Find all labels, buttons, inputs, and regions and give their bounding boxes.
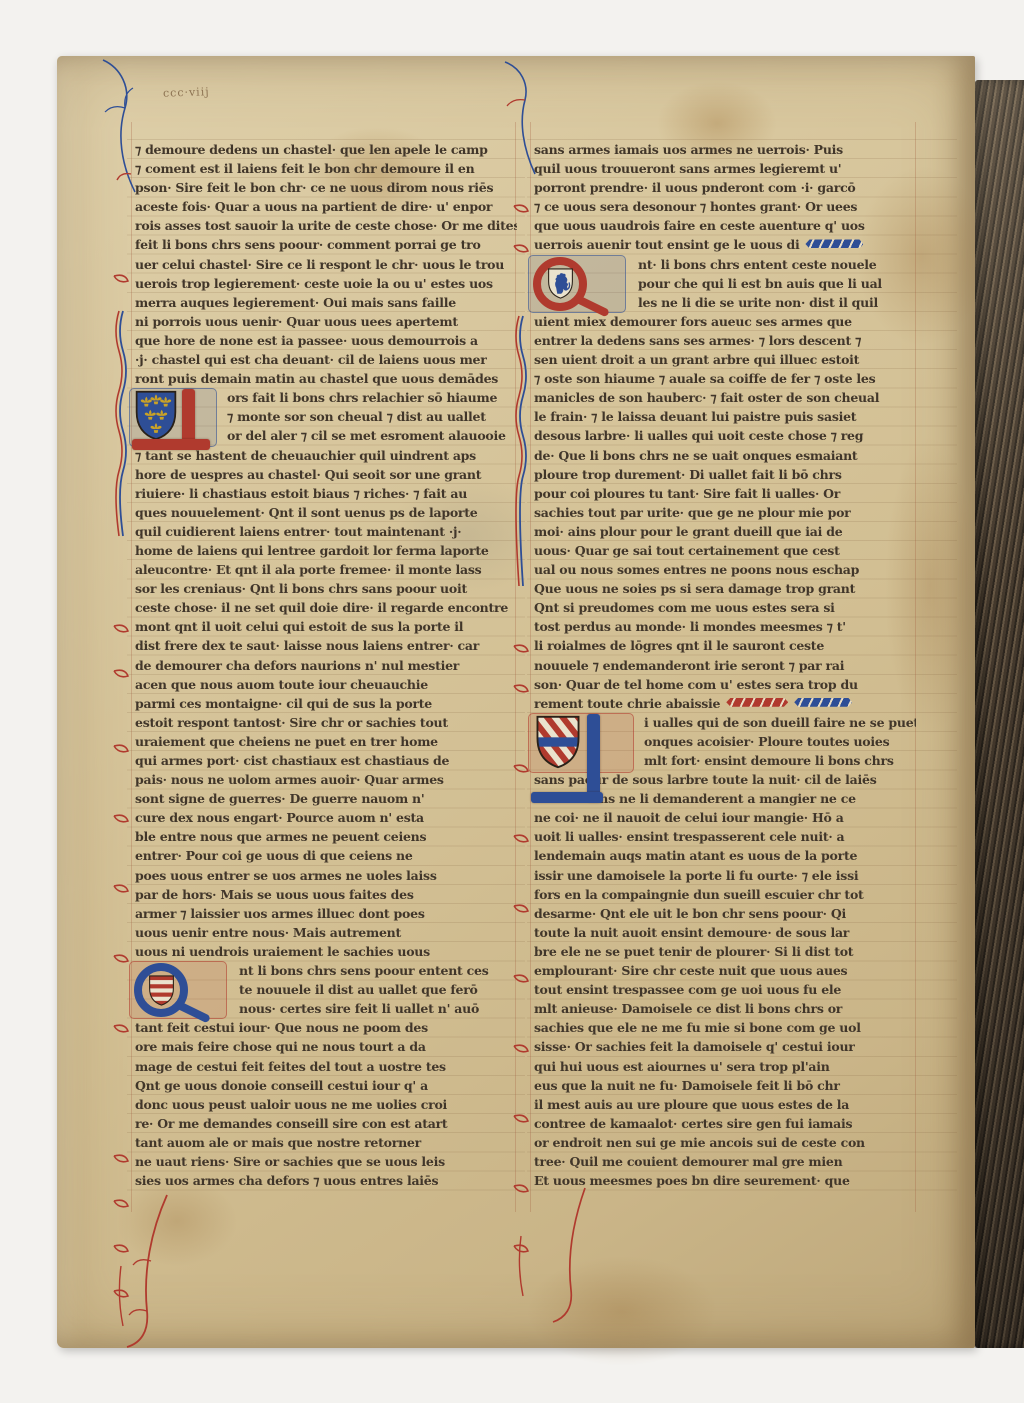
text-line: toute la nuit auoit ensint demoure· de s… xyxy=(534,923,916,942)
text-line: rois asses tost sauoir la urite de ceste… xyxy=(135,216,517,235)
text-line: dist frere dex te saut· laisse nous laie… xyxy=(135,636,517,655)
text-line: pour che qui li est bn auis que li ual xyxy=(638,274,916,293)
text-line: le frain· ⁊ le laissa deuant lui paistre… xyxy=(534,407,916,426)
heraldic-shield-bendy-icon xyxy=(534,714,582,770)
text-column-right: sans armes iamais uos armes ne uerrois· … xyxy=(534,140,916,1190)
text-line: parmi ces montaigne· cil qui de sus la p… xyxy=(135,694,517,713)
text-line: uoit li ualles· ensint trespasserent cel… xyxy=(534,827,916,846)
text-line: qui hui uous est aiournes u' sera trop p… xyxy=(534,1057,916,1076)
text-line: li roialmes de lōgres qnt il le sauront … xyxy=(534,636,916,655)
text-line: uer celui chastel· Sire ce li respont le… xyxy=(135,255,517,274)
text-line: rement toute chrie abaissie xyxy=(534,694,916,713)
text-line: ors fait li bons chrs relachier sō hiaum… xyxy=(227,388,517,407)
text-line: son· Quar de tel home com u' estes sera … xyxy=(534,675,916,694)
text-line: mage de cestui feit feites del tout a uo… xyxy=(135,1057,517,1076)
text-line: or del aler ⁊ cil se met esroment alauoo… xyxy=(227,426,517,445)
text-line: Qnt si preudomes com me uous estes sera … xyxy=(534,598,916,617)
text-line: ⁊ oste son hiaume ⁊ auale sa coiffe de f… xyxy=(534,369,916,388)
initial-block: nt· li bons chrs entent ceste nouelepour… xyxy=(534,255,916,312)
text-line: fors en la compaingnie dun sueill escuie… xyxy=(534,885,916,904)
text-line: estoit respont tantost· Sire chr or sach… xyxy=(135,713,517,732)
text-line: i ualles qui de son dueill faire ne se p… xyxy=(644,713,916,732)
text-line: pour coi ploures tu tant· Sire fait li u… xyxy=(534,484,916,503)
text-line: qui armes port· cist chastiaux est chast… xyxy=(135,751,517,770)
text-line: ble entre nous que armes ne peuent ceien… xyxy=(135,827,517,846)
text-line: sen uient droit a un grant arbre qui ill… xyxy=(534,350,916,369)
text-line: eus que la nuit ne fu· Damoisele feit li… xyxy=(534,1076,916,1095)
text-line: quil cuidierent laiens entrer· tout main… xyxy=(135,522,517,541)
text-line: ore mais feire chose qui ne nous tourt a… xyxy=(135,1037,517,1056)
text-line: sies uos armes cha defors ⁊ uous entres … xyxy=(135,1171,517,1190)
text-line: hore de uespres au chastel· Qui seoit so… xyxy=(135,465,517,484)
text-column-left: ⁊ demoure dedens un chastel· que len ape… xyxy=(135,140,517,1190)
text-line: uous uenir entre nous· Mais autrement xyxy=(135,923,517,942)
text-line: ni porrois uous uenir· Quar uous uees ap… xyxy=(135,312,517,331)
text-line: tout ensint trespassee com ge uoi uous f… xyxy=(534,980,916,999)
text-line: aceste fois· Quar a uous na partient de … xyxy=(135,197,517,216)
text-line: mlt anieuse· Damoisele ce dist li bons c… xyxy=(534,999,916,1018)
folio-number: ccc·viij xyxy=(163,85,210,100)
text-line: lendemain auqs matin atant es uous de la… xyxy=(534,846,916,865)
text-line: uous ni uendrois uraiement le sachies uo… xyxy=(135,942,517,961)
text-line-text: rement toute chrie abaissie xyxy=(534,696,720,711)
text-line: que uous uaudrois faire en ceste auentur… xyxy=(534,216,916,235)
text-line: uraiement que cheiens ne puet en trer ho… xyxy=(135,732,517,751)
line-filler-blue-icon xyxy=(805,239,863,248)
text-line: ne uaut riens· Sire or sachies que se uo… xyxy=(135,1152,517,1171)
text-line: donc uous peust ualoir uous ne me uolies… xyxy=(135,1095,517,1114)
photograph-background: ccc·viij ⁊ demoure dedens un chastel· qu xyxy=(0,0,1024,1403)
text-line: uerois trop legierement· ceste uoie la o… xyxy=(135,274,517,293)
text-line: il mest auis au ure ploure que uous este… xyxy=(534,1095,916,1114)
heraldic-shield-barry-icon xyxy=(148,974,175,1007)
text-line: porront prendre· il uous pnderont com ·i… xyxy=(534,178,916,197)
text-line: desarme· Qnt ele uit le bon chr sens poo… xyxy=(534,904,916,923)
text-line: ceste chose· il ne set quil doie dire· i… xyxy=(135,598,517,617)
initial-block: ors fait li bons chrs relachier sō hiaum… xyxy=(135,388,517,445)
text-line: entrer la dedens sans ses armes· ⁊ lors … xyxy=(534,331,916,350)
bottom-flourish-icon xyxy=(545,1186,595,1326)
text-line: acen que nous auom toute iour cheuauchie xyxy=(135,675,517,694)
text-line: nt li bons chrs sens poour entent ces xyxy=(239,961,517,980)
initial-letter-stroke xyxy=(587,714,600,802)
text-line: cure dex nous engart· Pource auom n' est… xyxy=(135,808,517,827)
text-line: bre ele ne se puet tenir de plourer· Si … xyxy=(534,942,916,961)
text-line: mlt fort· ensint demoure li bons chrs xyxy=(644,751,916,770)
text-line: sachies tout par urite· que ge ne plour … xyxy=(534,503,916,522)
text-line: nous· certes sire feit li uallet n' auō xyxy=(239,999,517,1018)
text-line: nouuele ⁊ endemanderont irie seront ⁊ pa… xyxy=(534,656,916,675)
text-line: uient miex demourer fors aueuc ses armes… xyxy=(534,312,916,331)
text-line: ploure trop durement· Di uallet fait li … xyxy=(534,465,916,484)
text-line: moi· ains plour pour le grant dueill que… xyxy=(534,522,916,541)
initial-letter-stroke xyxy=(531,792,603,803)
text-line: ront puis demain matin au chastel que uo… xyxy=(135,369,517,388)
text-line: te nouuele il dist au uallet que ferō xyxy=(239,980,517,999)
text-line: Que uous ne soies ps si sera damage trop… xyxy=(534,579,916,598)
text-line: tree· Quil me couient demourer mal gre m… xyxy=(534,1152,916,1171)
heraldic-shield-azure-fleurs-icon xyxy=(134,389,178,442)
text-line: armer ⁊ laissier uos armes illuec dont p… xyxy=(135,904,517,923)
text-line: Et uous meesmes poes bn dire seurement· … xyxy=(534,1171,916,1190)
text-line: ⁊ monte sor son cheual ⁊ dist au uallet xyxy=(227,407,517,426)
text-line: contree de kamaalot· certes sire gen fui… xyxy=(534,1114,916,1133)
initial-block: i ualles qui de son dueill faire ne se p… xyxy=(534,713,916,770)
text-line: or endroit nen sui ge mie ancois sui de … xyxy=(534,1133,916,1152)
text-line: tant feit cestui iour· Que nous ne poom … xyxy=(135,1018,517,1037)
bottom-flourish-icon xyxy=(117,1191,177,1351)
text-line: ⁊ ce uous sera desonour ⁊ hontes grant· … xyxy=(534,197,916,216)
illuminated-initial-Q xyxy=(129,961,227,1019)
initial-letter-stroke xyxy=(182,389,195,444)
text-line: riuiere· li chastiaus estoit biaus ⁊ ric… xyxy=(135,484,517,503)
text-line: emplourant· Sire chr ceste nuit que uous… xyxy=(534,961,916,980)
text-line: les ne li die se urite non· dist il quil xyxy=(638,293,916,312)
text-line: manicles de son hauberc· ⁊ fait oster de… xyxy=(534,388,916,407)
text-line: feit li bons chrs sens poour· comment po… xyxy=(135,235,517,254)
text-line: sans armes iamais uos armes ne uerrois· … xyxy=(534,140,916,159)
text-line: tant auom ale or mais que nostre retorne… xyxy=(135,1133,517,1152)
text-line: uous· Quar ge sai tout certainement que … xyxy=(534,541,916,560)
text-line: nt· li bons chrs entent ceste nouele xyxy=(638,255,916,274)
book-page-edges xyxy=(975,80,1024,1348)
text-line-text: uerrois auenir tout ensint ge le uous di xyxy=(534,237,799,252)
text-line: que hore de none est ia passee· uous dem… xyxy=(135,331,517,350)
text-line: ⁊ demoure dedens un chastel· que len ape… xyxy=(135,140,517,159)
text-line: ques nouuelement· Qnt il sont uenus ps d… xyxy=(135,503,517,522)
text-line: sont signe de guerres· De guerre nauom n… xyxy=(135,789,517,808)
initial-block: nt li bons chrs sens poour entent ceste … xyxy=(135,961,517,1018)
text-line: ne coi· ne il nauoit de celui iour mangi… xyxy=(534,808,916,827)
text-line: desous larbre· li ualles qui uoit ceste … xyxy=(534,426,916,445)
line-filler-red-icon xyxy=(726,698,788,707)
text-line: onques acoisier· Ploure toutes uoies xyxy=(644,732,916,751)
margin-penwork-flourish xyxy=(109,126,133,1356)
text-line: re· Or me demandes conseill sire con est… xyxy=(135,1114,517,1133)
text-line: uerrois auenir tout ensint ge le uous di xyxy=(534,235,916,254)
line-filler-blue-icon xyxy=(794,698,852,707)
text-line: sachies que ele ne me fu mie si bone com… xyxy=(534,1018,916,1037)
parchment-stain xyxy=(527,1256,717,1366)
heraldic-shield-lion-icon xyxy=(547,267,574,300)
illuminated-initial-Q xyxy=(528,255,626,313)
text-line: par de hors· Mais se uous uous faites de… xyxy=(135,885,517,904)
initial-letter-stroke xyxy=(132,439,210,450)
text-line: quil uous trouueront sans armes legierem… xyxy=(534,159,916,178)
text-line: pais· nous ne uolom armes auoir· Quar ar… xyxy=(135,770,517,789)
text-line: poes uous entrer se uos armes ne uoles l… xyxy=(135,866,517,885)
text-line: de demourer cha defors naurions n' nul m… xyxy=(135,656,517,675)
text-line: ·j· chastel qui est cha deuant· cil de l… xyxy=(135,350,517,369)
manuscript-page: ccc·viij ⁊ demoure dedens un chastel· qu xyxy=(57,56,975,1348)
text-line: Qnt ge uous donoie conseill cestui iour … xyxy=(135,1076,517,1095)
text-line: ⁊ coment est il laiens feit le bon chr d… xyxy=(135,159,517,178)
text-line: entrer· Pour coi ge uous di que ceiens n… xyxy=(135,846,517,865)
text-line: pson· Sire feit le bon chr· ce ne uous d… xyxy=(135,178,517,197)
text-line: aleucontre· Et qnt il ala porte fremee· … xyxy=(135,560,517,579)
text-line: mont qnt il uoit celui qui estoit de sus… xyxy=(135,617,517,636)
text-line: ual ou nous somes entres ne poons nous e… xyxy=(534,560,916,579)
text-line: de· Que li bons chrs ne se uait onques e… xyxy=(534,446,916,465)
text-line: sisse· Or sachies feit la damoisele q' c… xyxy=(534,1037,916,1056)
text-line: tost perdus au monde· li mondes meesmes … xyxy=(534,617,916,636)
text-line: sor les creniaus· Qnt li bons chrs sans … xyxy=(135,579,517,598)
illuminated-initial-L xyxy=(129,388,217,447)
ruling-vertical xyxy=(131,122,132,1212)
text-line: merra auques legierement· Oui mais sans … xyxy=(135,293,517,312)
text-line: home de laiens qui lentree gardoit lor f… xyxy=(135,541,517,560)
illuminated-initial-L xyxy=(528,713,634,773)
text-line: issir une damoisele la porte li fu ourte… xyxy=(534,866,916,885)
